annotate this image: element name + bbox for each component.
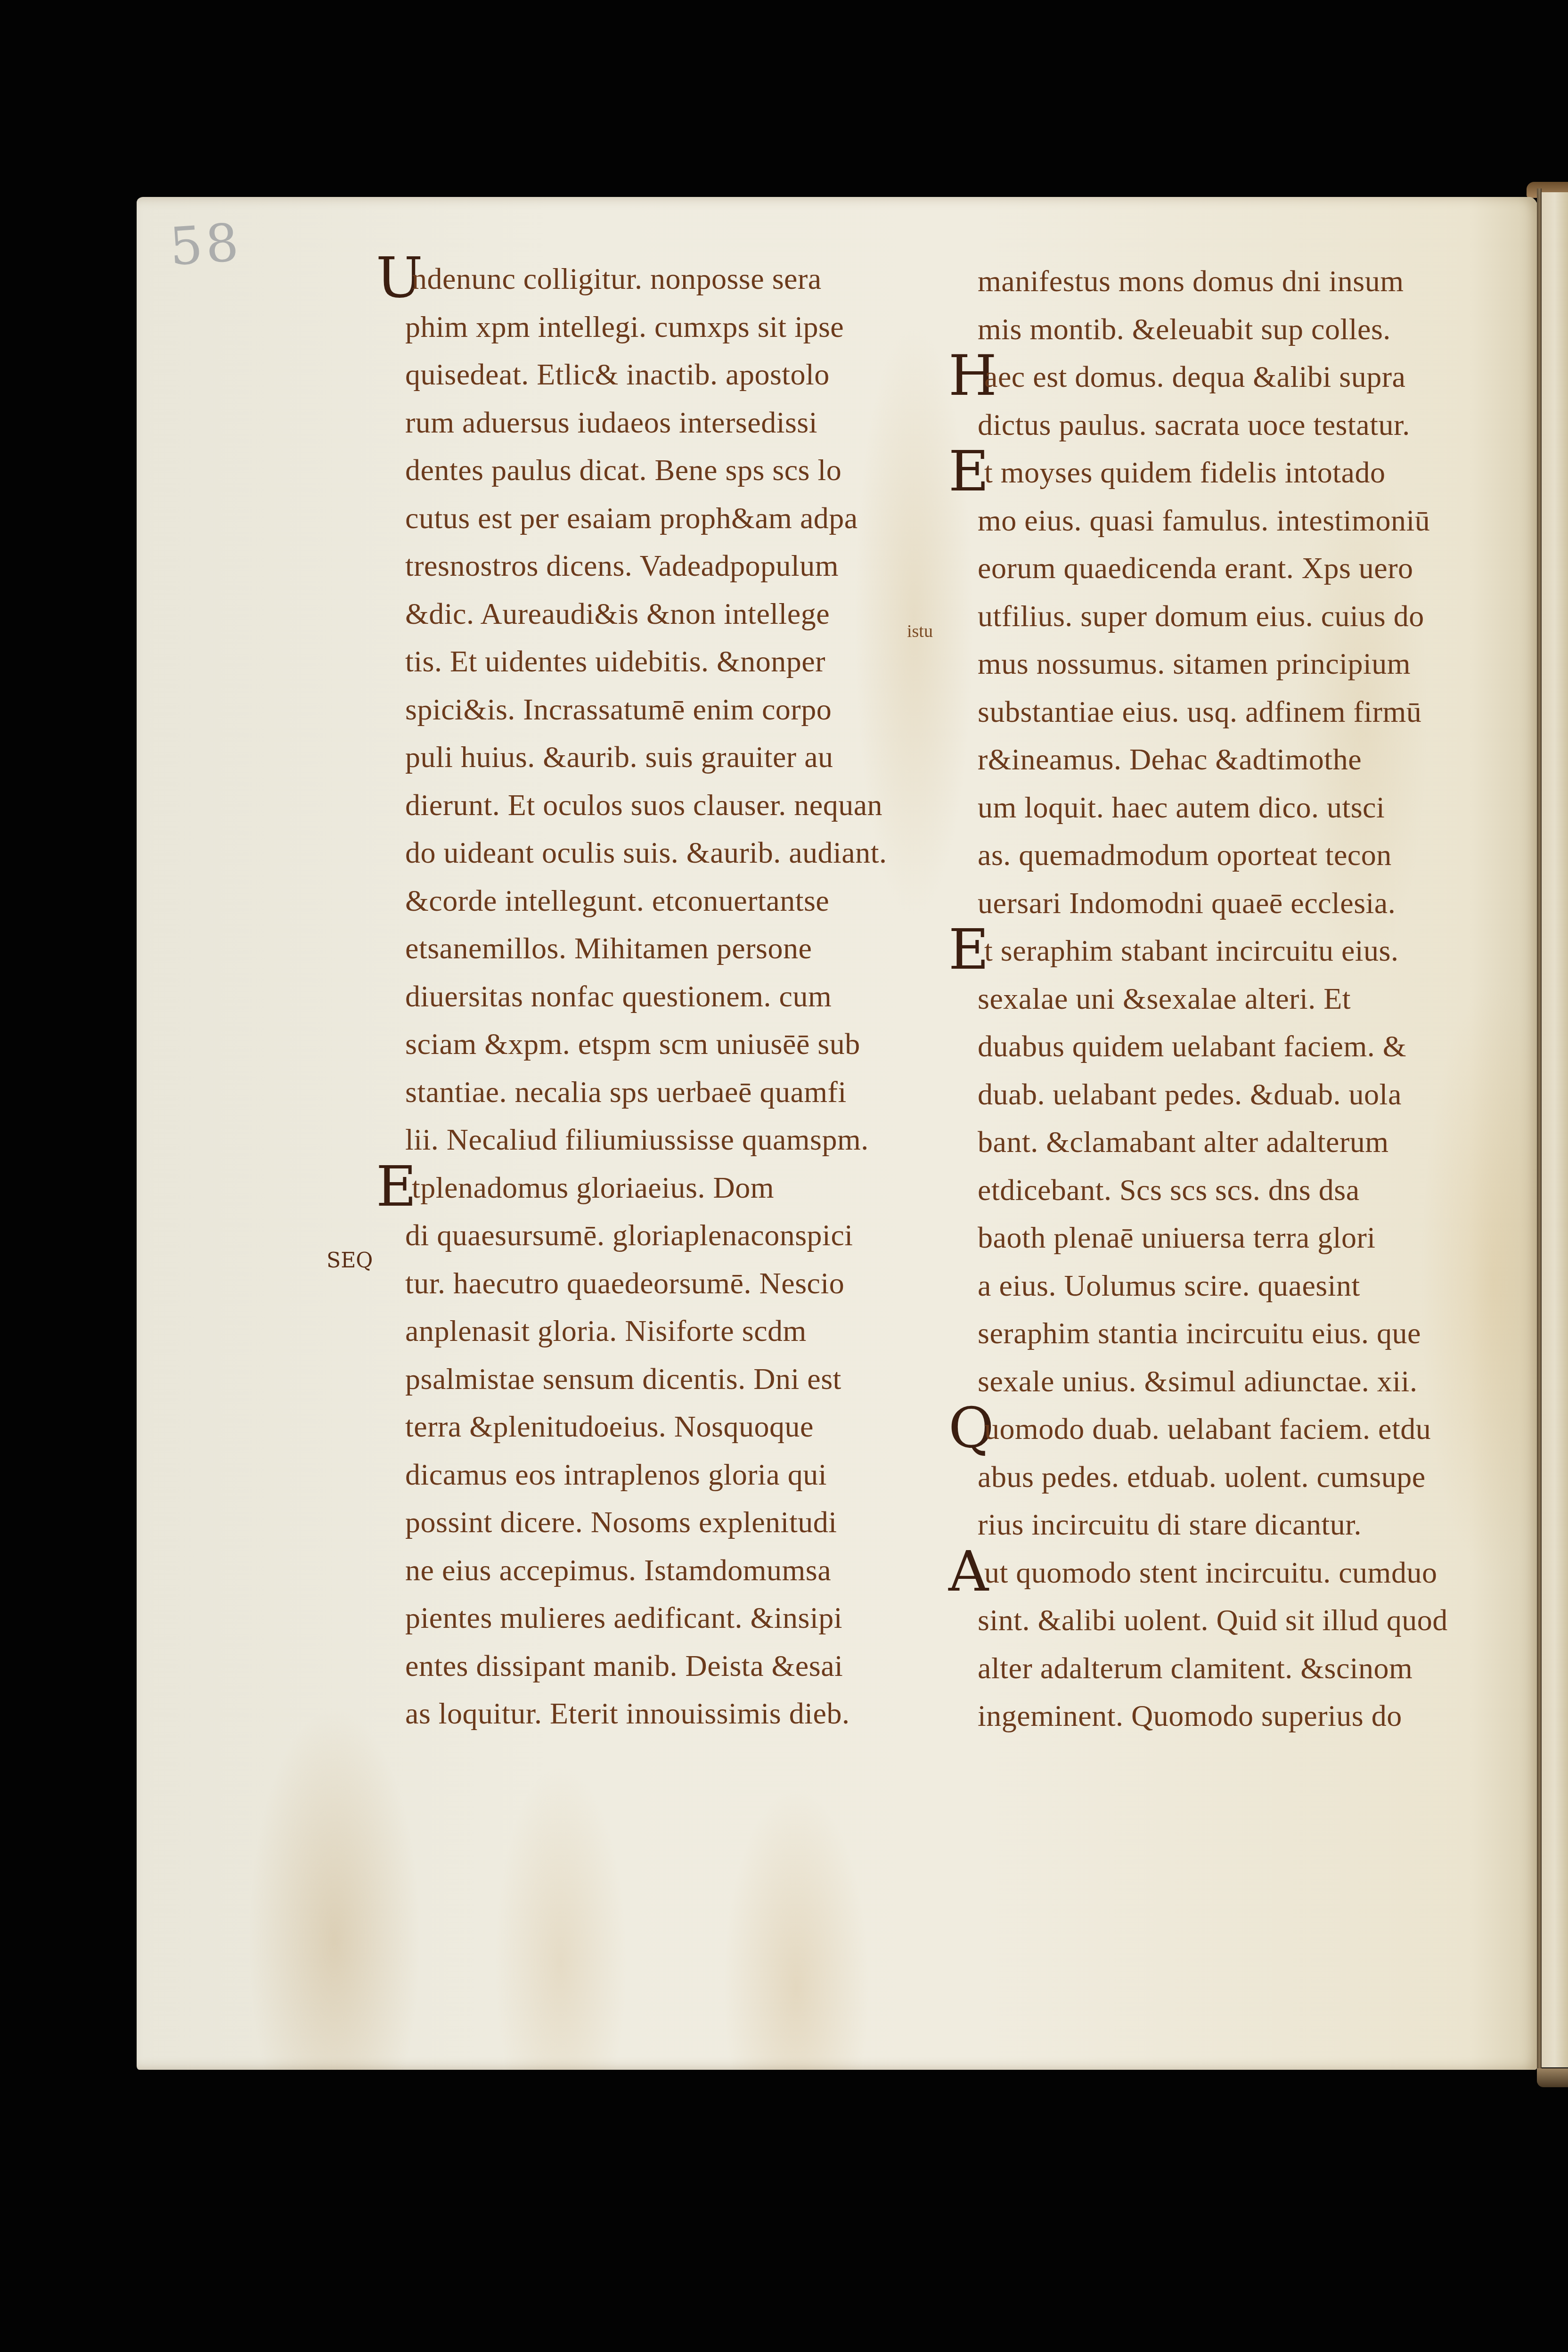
left_column-line: as loquitur. Eterit innouissimis dieb.: [405, 1699, 849, 1729]
left_column-line: sciam &xpm. etspm scm uniusēē sub: [405, 1029, 860, 1059]
left_column-line: cutus est per esaiam proph&am adpa: [405, 503, 858, 533]
right_column-line: r&ineamus. Dehac &adtimothe: [978, 744, 1362, 775]
left_column-line: puli huius. &aurib. suis grauiter au: [405, 742, 833, 772]
right_column-line: rius incircuitu di stare dicantur.: [978, 1510, 1362, 1540]
left_column-line: di quaesursumē. gloriaplenaconspici: [405, 1220, 853, 1250]
right_column-line: ingeminent. Quomodo superius do: [978, 1701, 1402, 1731]
left_column-line: tplenadomus gloriaeius. Dom: [412, 1173, 774, 1203]
left_column-line: psalmistae sensum dicentis. Dni est: [405, 1364, 841, 1394]
margin-note-seq: SEQ: [327, 1249, 373, 1273]
left_column-line: phim xpm intellegi. cumxps sit ipse: [405, 312, 844, 342]
left_column-line: stantiae. necalia sps uerbaeē quamfi: [405, 1077, 847, 1107]
right_column-line: mis montib. &eleuabit sup colles.: [978, 314, 1391, 344]
left_column-line: possint dicere. Nosoms explenitudi: [405, 1507, 837, 1537]
right_column-line: mus nossumus. sitamen principium: [978, 649, 1411, 679]
decorated-initial: E: [948, 917, 989, 982]
right_column-line: a eius. Uolumus scire. quaesint: [978, 1271, 1360, 1301]
left_column-line: ndenunc colligitur. nonposse sera: [412, 264, 822, 294]
left_column-line: spici&is. Incrassatumē enim corpo: [405, 694, 832, 725]
decorated-initial: A: [948, 1539, 988, 1604]
next-leaf-edge: [1542, 192, 1568, 2067]
left_column-line: anplenasit gloria. Nisiforte scdm: [405, 1316, 807, 1346]
right_column-line: sexalae uni &sexalae alteri. Et: [978, 984, 1351, 1014]
left_column-line: &corde intellegunt. etconuertantse: [405, 886, 829, 916]
left_column-line: terra &plenitudoeius. Nosquoque: [405, 1412, 814, 1442]
right_column-line: ut quomodo stent incircuitu. cumduo: [984, 1558, 1437, 1588]
right_column-line: t moyses quidem fidelis intotado: [984, 457, 1385, 488]
binding-bottom-edge: [1537, 2068, 1568, 2087]
right_column-line: as. quemadmodum oporteat tecon: [978, 840, 1392, 870]
manuscript-photo: 58 Undenunc colligitur. nonposse seraphi…: [0, 0, 1568, 2352]
right_column-line: um loquit. haec autem dico. utsci: [978, 792, 1385, 823]
left_column-line: quisedeat. Etlic& inactib. apostolo: [405, 359, 830, 390]
right_column-line: bant. &clamabant alter adalterum: [978, 1127, 1389, 1157]
right_column-line: t seraphim stabant incircuitu eius.: [984, 936, 1399, 966]
decorated-initial: E: [948, 439, 989, 504]
right_column-line: uomodo duab. uelabant faciem. etdu: [984, 1414, 1431, 1444]
right_column-line: baoth plenaē uniuersa terra glori: [978, 1223, 1376, 1253]
interlinear-gloss: istu: [907, 621, 933, 642]
right_column-line: substantiae eius. usq. adfinem firmū: [978, 697, 1421, 727]
right_column-line: utfilius. super domum eius. cuius do: [978, 601, 1424, 631]
right_column-line: duab. uelabant pedes. &duab. uola: [978, 1079, 1402, 1110]
left_column-line: tis. Et uidentes uidebitis. &nonper: [405, 646, 825, 677]
folio-number: 58: [168, 212, 244, 277]
right_column-line: sexale unius. &simul adiunctae. xii.: [978, 1366, 1417, 1396]
right_column-line: etdicebant. Scs scs scs. dns dsa: [978, 1175, 1360, 1205]
gutter: [1537, 188, 1542, 2078]
left_column-line: tresnostros dicens. Vadeadpopulum: [405, 551, 839, 581]
left_column-line: rum aduersus iudaeos intersedissi: [405, 408, 817, 438]
right_column-line: eorum quaedicenda erant. Xps uero: [978, 553, 1413, 583]
right_column-line: abus pedes. etduab. uolent. cumsupe: [978, 1462, 1426, 1492]
right_column-line: manifestus mons domus dni insum: [978, 266, 1404, 296]
decorated-initial: E: [376, 1154, 416, 1219]
left_column-line: lii. Necaliud filiumiussisse quamspm.: [405, 1125, 869, 1155]
right_column-line: alter adalterum clamitent. &scinom: [978, 1653, 1413, 1683]
left_column-line: do uideant oculis suis. &aurib. audiant.: [405, 838, 887, 868]
right_column-line: mo eius. quasi famulus. intestimoniū: [978, 506, 1430, 536]
right_column-line: sint. &alibi uolent. Quid sit illud quod: [978, 1605, 1448, 1635]
left_column-line: dierunt. Et oculos suos clauser. nequan: [405, 790, 882, 820]
right_column-line: seraphim stantia incircuitu eius. que: [978, 1318, 1421, 1348]
left_column-line: pientes mulieres aedificant. &insipi: [405, 1603, 842, 1633]
left_column-line: dentes paulus dicat. Bene sps scs lo: [405, 455, 841, 485]
left_column-line: dicamus eos intraplenos gloria qui: [405, 1460, 827, 1490]
left_column-line: ne eius accepimus. Istamdomumsa: [405, 1555, 831, 1585]
left_column-line: entes dissipant manib. Deista &esai: [405, 1651, 843, 1681]
left_column-line: etsanemillos. Mihitamen persone: [405, 933, 812, 964]
right_column-line: uersari Indomodni quaeē ecclesia.: [978, 888, 1396, 918]
left_column-line: diuersitas nonfac questionem. cum: [405, 981, 832, 1012]
right_column-line: aec est domus. dequa &alibi supra: [984, 362, 1405, 392]
right_column-line: dictus paulus. sacrata uoce testatur.: [978, 410, 1410, 440]
right_column-line: duabus quidem uelabant faciem. &: [978, 1031, 1406, 1062]
left_column-line: tur. haecutro quaedeorsumē. Nescio: [405, 1268, 844, 1298]
left_column-line: &dic. Aureaudi&is &non intellege: [405, 599, 830, 629]
